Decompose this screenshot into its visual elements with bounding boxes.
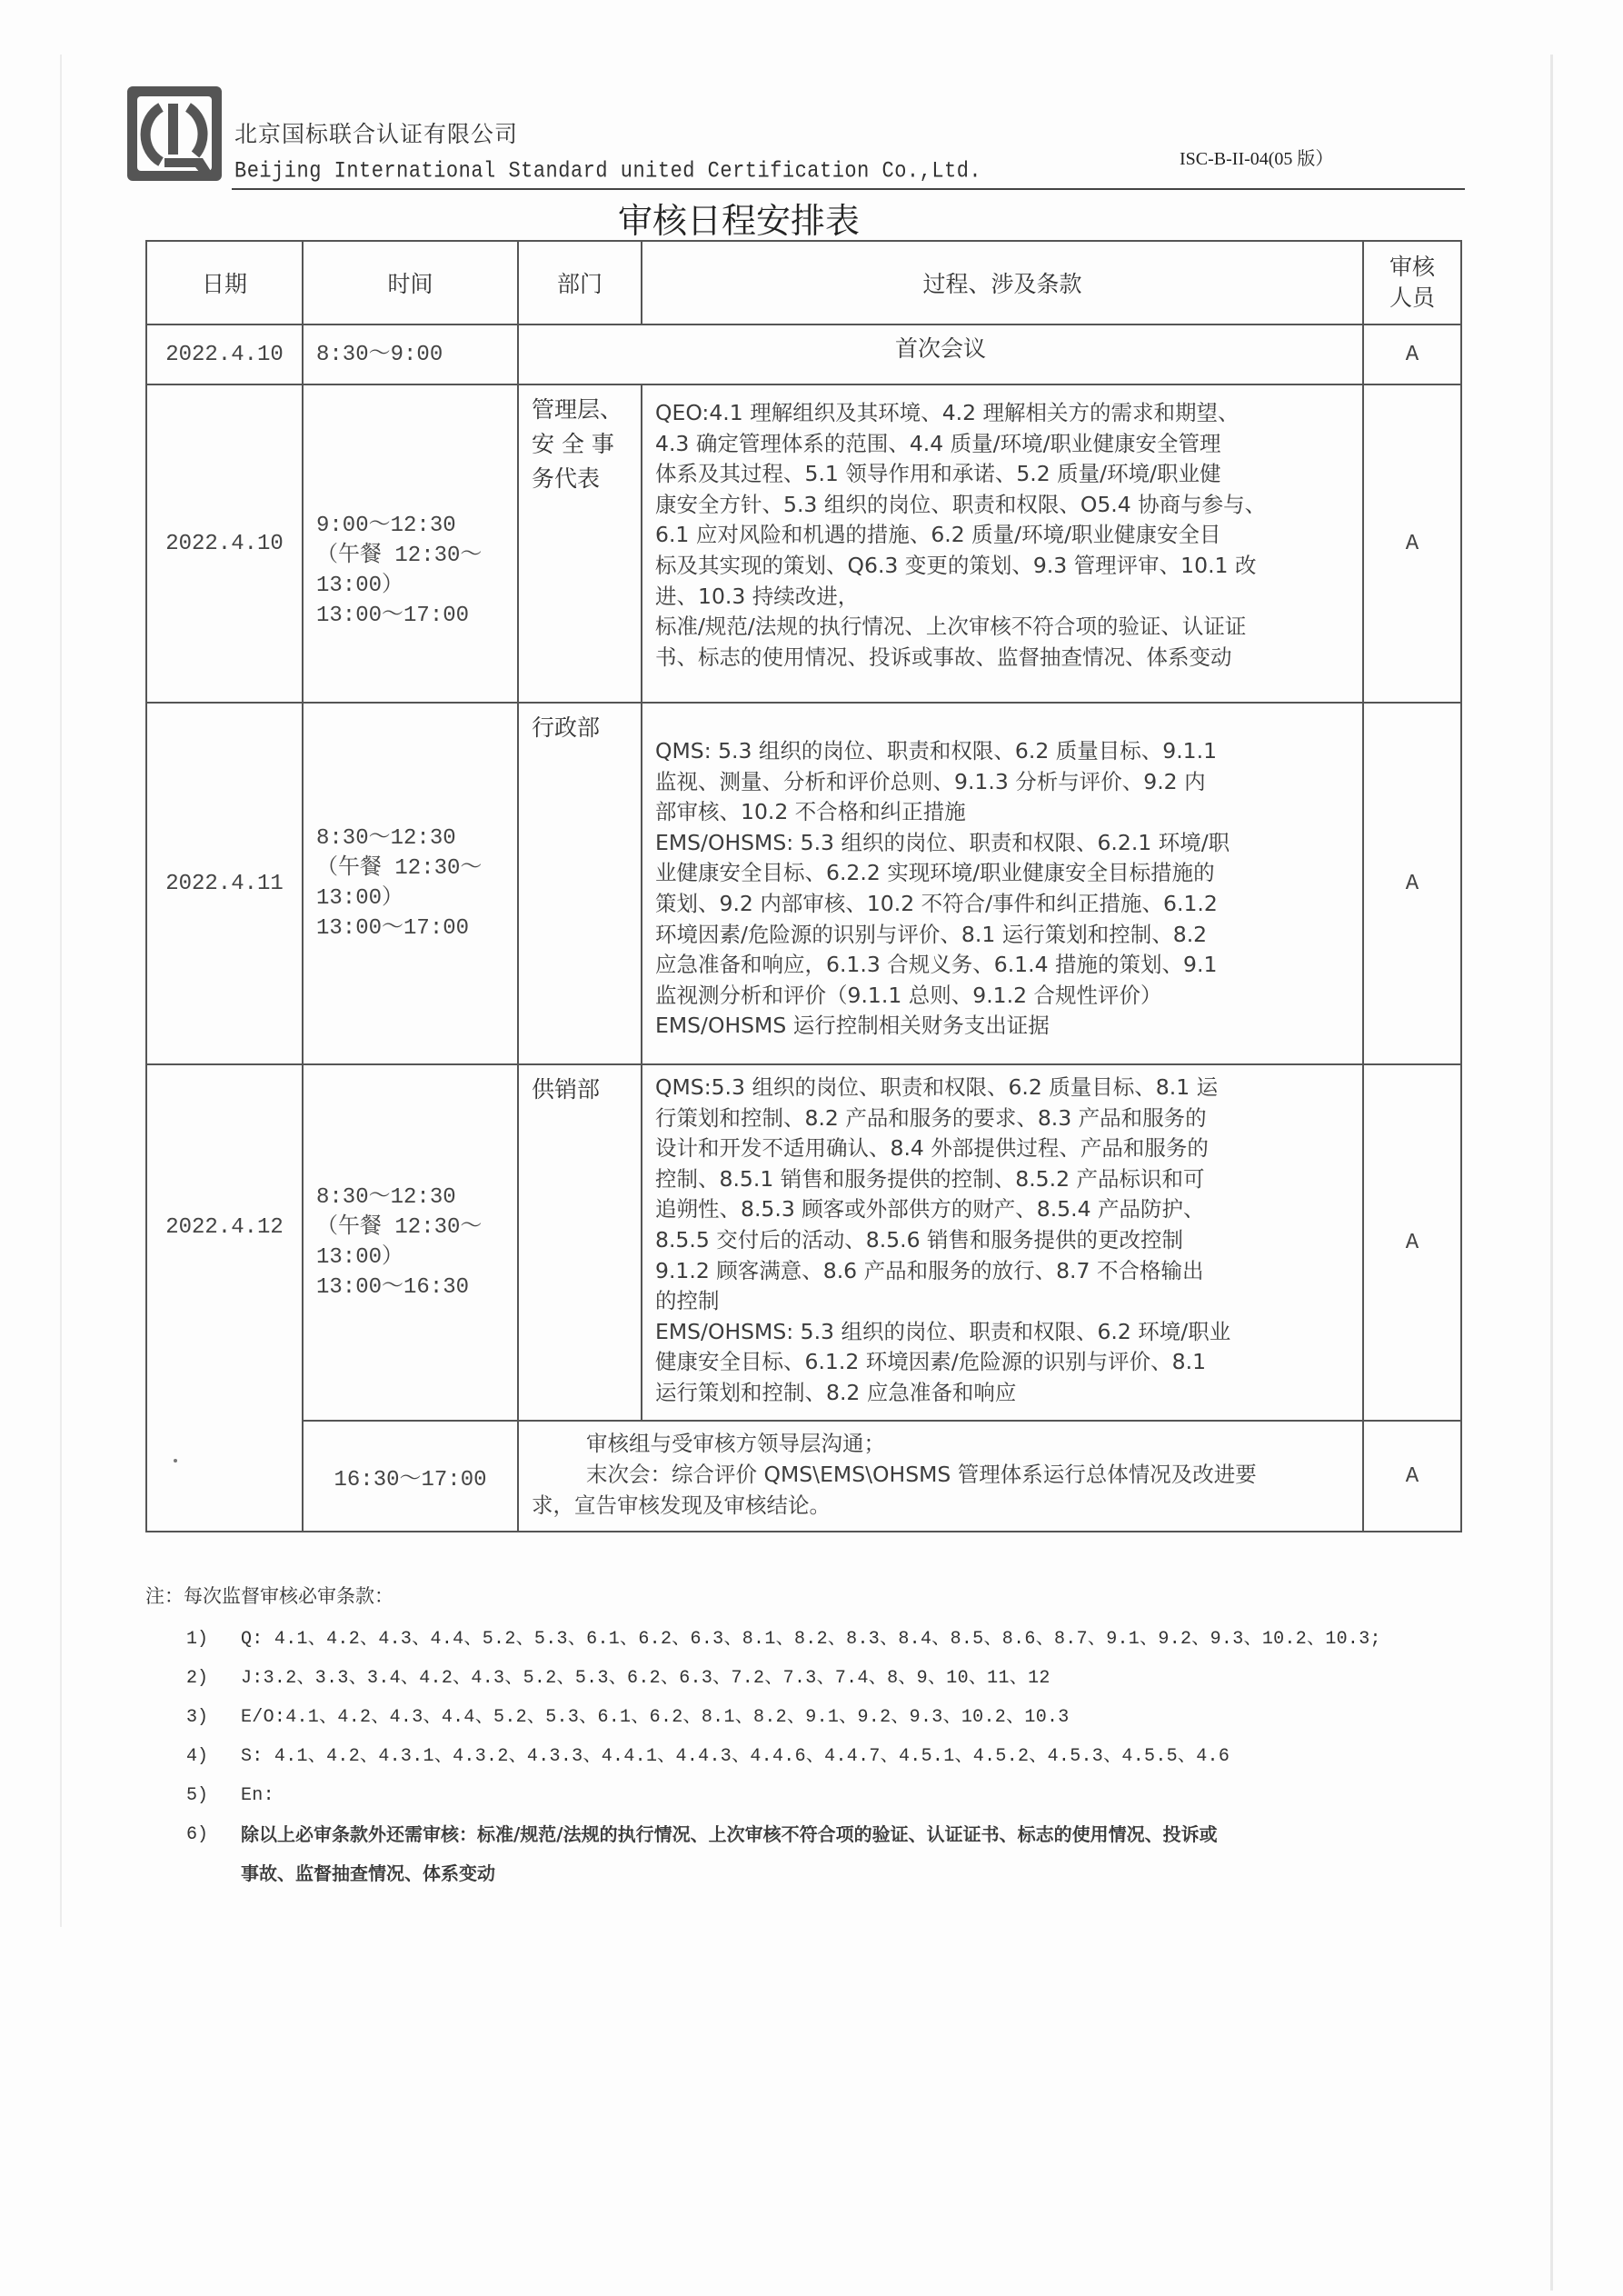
company-name-cn: 北京国标联合认证有限公司: [234, 116, 518, 149]
auditor-cell: A: [1363, 703, 1461, 1064]
time-line: 13:00）: [316, 571, 517, 601]
auditor-cell: A: [1363, 1421, 1461, 1532]
opening-meeting-cell: 首次会议: [518, 324, 1363, 384]
time-line: 9:00～12:30: [316, 511, 517, 541]
date-cell: 2022.4.10: [146, 324, 303, 384]
time-line: 8:30～12:30: [316, 824, 517, 854]
department-line: 行政部: [532, 711, 632, 745]
process-line: 9.1.2 顾客满意、8.6 产品和服务的放行、8.7 不合格输出: [655, 1256, 1353, 1287]
column-header-date: 日期: [146, 241, 303, 324]
process-line: 追朔性、8.5.3 顾客或外部供方的财产、8.5.4 产品防护、: [655, 1194, 1353, 1225]
department-line: 供销部: [532, 1073, 632, 1107]
note-item: 3) E/O:4.1、4.2、4.3、4.4、5.2、5.3、6.1、6.2、8…: [145, 1698, 1472, 1737]
process-line: EMS/OHSMS: 5.3 组织的岗位、职责和权限、6.2 环境/职业: [655, 1317, 1353, 1348]
department-line: 安 全 事: [532, 427, 632, 462]
note-text-line: 除以上必审条款外还需审核：标准/规范/法规的执行情况、上次审核不符合项的验证、认…: [241, 1815, 1472, 1854]
department-cell: 供销部: [518, 1064, 642, 1421]
process-line: 业健康安全目标、6.2.2 实现环境/职业健康安全目标措施的: [655, 858, 1353, 889]
process-line: 的控制: [655, 1286, 1353, 1317]
process-line: 应急准备和响应，6.1.3 合规义务、6.1.4 措施的策划、9.1: [655, 950, 1353, 981]
department-line: 务代表: [532, 462, 632, 496]
time-cell: 8:30～12:30 （午餐 12:30～ 13:00） 13:00～17:00: [303, 703, 518, 1064]
time-cell: 8:30～12:30 （午餐 12:30～ 13:00） 13:00～16:30: [303, 1064, 518, 1421]
note-item: 4) S: 4.1、4.2、4.3.1、4.3.2、4.3.3、4.4.1、4.…: [145, 1737, 1472, 1776]
column-header-auditor: 审核 人员: [1363, 241, 1461, 324]
process-line: 书、标志的使用情况、投诉或事故、监督抽查情况、体系变动: [655, 643, 1353, 674]
process-line: 设计和开发不适用确认、8.4 外部提供过程、产品和服务的: [655, 1133, 1353, 1164]
process-line: 8.5.5 交付后的活动、8.5.6 销售和服务提供的更改控制: [655, 1225, 1353, 1256]
time-cell: 8:30～9:00: [303, 324, 518, 384]
time-line: 13:00）: [316, 1243, 517, 1273]
notes-title: 注：每次监督审核必审条款：: [145, 1582, 1472, 1609]
process-line: 标及其实现的策划、Q6.3 变更的策划、9.3 管理评审、10.1 改: [655, 551, 1353, 582]
time-line: 13:00～17:00: [316, 913, 517, 943]
column-header-time: 时间: [303, 241, 518, 324]
note-text: E/O:4.1、4.2、4.3、4.4、5.2、5.3、6.1、6.2、8.1、…: [241, 1698, 1472, 1737]
process-cell: QMS: 5.3 组织的岗位、职责和权限、6.2 质量目标、9.1.1 监视、测…: [642, 703, 1363, 1064]
auditor-header-line: 人员: [1364, 283, 1460, 314]
process-line: QMS: 5.3 组织的岗位、职责和权限、6.2 质量目标、9.1.1: [655, 736, 1353, 767]
table-row: 2022.4.10 9:00～12:30 （午餐 12:30～ 13:00） 1…: [146, 384, 1461, 703]
scan-edge: [1550, 55, 1553, 2291]
note-number: 3): [145, 1698, 241, 1737]
auditor-cell: A: [1363, 1064, 1461, 1421]
note-number: 4): [145, 1737, 241, 1776]
note-number: 2): [145, 1659, 241, 1698]
document-code: ISC-B-II-04(05 版）: [1180, 144, 1333, 170]
process-line: 体系及其过程、5.1 领导作用和承诺、5.2 质量/环境/职业健: [655, 459, 1353, 490]
document-title: 审核日程安排表: [618, 193, 860, 243]
column-header-department: 部门: [518, 241, 642, 324]
process-line: 运行策划和控制、8.2 应急准备和响应: [655, 1378, 1353, 1409]
closing-line: 审核组与受审核方领导层沟通；: [532, 1428, 1349, 1459]
time-line: 13:00～16:30: [316, 1273, 517, 1303]
department-cell: 行政部: [518, 703, 642, 1064]
note-number: 5): [145, 1776, 241, 1815]
note-text: S: 4.1、4.2、4.3.1、4.3.2、4.3.3、4.4.1、4.4.3…: [241, 1737, 1472, 1776]
time-line: 8:30～9:00: [316, 340, 517, 370]
note-text: En:: [241, 1776, 1472, 1815]
table-row: 2022.4.10 8:30～9:00 首次会议 A: [146, 324, 1461, 384]
time-line: （午餐 12:30～: [316, 1213, 517, 1243]
time-line: 13:00）: [316, 883, 517, 913]
process-line: 4.3 确定管理体系的范围、4.4 质量/环境/职业健康安全管理: [655, 429, 1353, 460]
department-line: 管理层、: [532, 393, 632, 427]
process-line: QEO:4.1 理解组织及其环境、4.2 理解相关方的需求和期望、: [655, 398, 1353, 429]
scan-speck: [174, 1459, 177, 1462]
note-item: 1) Q: 4.1、4.2、4.3、4.4、5.2、5.3、6.1、6.2、6.…: [145, 1620, 1472, 1659]
closing-meeting-cell: 审核组与受审核方领导层沟通； 末次会：综合评价 QMS\EMS\OHSMS 管理…: [518, 1421, 1363, 1532]
time-line: 13:00～17:00: [316, 601, 517, 631]
note-number: 1): [145, 1620, 241, 1659]
notes-section: 注：每次监督审核必审条款： 1) Q: 4.1、4.2、4.3、4.4、5.2、…: [145, 1582, 1472, 1893]
auditor-header-line: 审核: [1364, 252, 1460, 283]
auditor-cell: A: [1363, 324, 1461, 384]
date-cell: 2022.4.12: [146, 1064, 303, 1532]
process-line: 监视、测量、分析和评价总则、9.1.3 分析与评价、9.2 内: [655, 767, 1353, 798]
closing-line: 末次会：综合评价 QMS\EMS\OHSMS 管理体系运行总体情况及改进要: [532, 1459, 1349, 1490]
column-header-process: 过程、涉及条款: [642, 241, 1363, 324]
process-line: QMS:5.3 组织的岗位、职责和权限、6.2 质量目标、8.1 运: [655, 1073, 1353, 1103]
note-text-line: 事故、监督抽查情况、体系变动: [241, 1854, 1472, 1893]
process-line: 健康安全目标、6.1.2 环境因素/危险源的识别与评价、8.1: [655, 1347, 1353, 1378]
audit-schedule-table: 日期 时间 部门 过程、涉及条款 审核 人员 2022.4.10 8:30～9:…: [145, 240, 1462, 1532]
note-number: 6): [145, 1815, 241, 1893]
note-item: 2) J:3.2、3.3、3.4、4.2、4.3、5.2、5.3、6.2、6.3…: [145, 1659, 1472, 1698]
department-cell: 管理层、 安 全 事 务代表: [518, 384, 642, 703]
time-cell: 16:30～17:00: [303, 1421, 518, 1532]
date-cell: 2022.4.10: [146, 384, 303, 703]
closing-line: 求，宣告审核发现及审核结论。: [532, 1490, 1349, 1521]
time-line: （午餐 12:30～: [316, 854, 517, 883]
process-cell: QMS:5.3 组织的岗位、职责和权限、6.2 质量目标、8.1 运 行策划和控…: [642, 1064, 1363, 1421]
process-line: 6.1 应对风险和机遇的措施、6.2 质量/环境/职业健康安全目: [655, 520, 1353, 551]
process-line: 监视测分析和评价（9.1.1 总则、9.1.2 合规性评价）: [655, 981, 1353, 1012]
company-logo-icon: [124, 84, 224, 184]
note-item: 6) 除以上必审条款外还需审核：标准/规范/法规的执行情况、上次审核不符合项的验…: [145, 1815, 1472, 1893]
date-cell: 2022.4.11: [146, 703, 303, 1064]
process-line: 策划、9.2 内部审核、10.2 不符合/事件和纠正措施、6.1.2: [655, 889, 1353, 920]
table-row: 2022.4.11 8:30～12:30 （午餐 12:30～ 13:00） 1…: [146, 703, 1461, 1064]
process-line: 进、10.3 持续改进，: [655, 582, 1353, 613]
note-text: 除以上必审条款外还需审核：标准/规范/法规的执行情况、上次审核不符合项的验证、认…: [241, 1815, 1472, 1893]
scan-edge: [60, 55, 62, 1927]
time-cell: 9:00～12:30 （午餐 12:30～ 13:00） 13:00～17:00: [303, 384, 518, 703]
process-line: 行策划和控制、8.2 产品和服务的要求、8.3 产品和服务的: [655, 1103, 1353, 1134]
process-line: 控制、8.5.1 销售和服务提供的控制、8.5.2 产品标识和可: [655, 1164, 1353, 1195]
company-name-en: Beijing International Standard united Ce…: [234, 158, 981, 185]
note-item: 5) En:: [145, 1776, 1472, 1815]
time-line: 8:30～12:30: [316, 1183, 517, 1213]
process-cell: QEO:4.1 理解组织及其环境、4.2 理解相关方的需求和期望、 4.3 确定…: [642, 384, 1363, 703]
process-line: 部审核、10.2 不合格和纠正措施: [655, 797, 1353, 828]
header-divider: [232, 188, 1465, 190]
process-line: EMS/OHSMS: 5.3 组织的岗位、职责和权限、6.2.1 环境/职: [655, 828, 1353, 859]
note-text: Q: 4.1、4.2、4.3、4.4、5.2、5.3、6.1、6.2、6.3、8…: [241, 1620, 1472, 1659]
auditor-cell: A: [1363, 384, 1461, 703]
process-line: 标准/规范/法规的执行情况、上次审核不符合项的验证、认证证: [655, 612, 1353, 643]
table-row: 2022.4.12 8:30～12:30 （午餐 12:30～ 13:00） 1…: [146, 1064, 1461, 1421]
process-line: 环境因素/危险源的识别与评价、8.1 运行策划和控制、8.2: [655, 920, 1353, 951]
process-line: EMS/OHSMS 运行控制相关财务支出证据: [655, 1011, 1353, 1042]
table-header-row: 日期 时间 部门 过程、涉及条款 审核 人员: [146, 241, 1461, 324]
note-text: J:3.2、3.3、3.4、4.2、4.3、5.2、5.3、6.2、6.3、7.…: [241, 1659, 1472, 1698]
table-row: 16:30～17:00 审核组与受审核方领导层沟通； 末次会：综合评价 QMS\…: [146, 1421, 1461, 1532]
process-line: 康安全方针、5.3 组织的岗位、职责和权限、O5.4 协商与参与、: [655, 490, 1353, 521]
time-line: （午餐 12:30～: [316, 541, 517, 571]
